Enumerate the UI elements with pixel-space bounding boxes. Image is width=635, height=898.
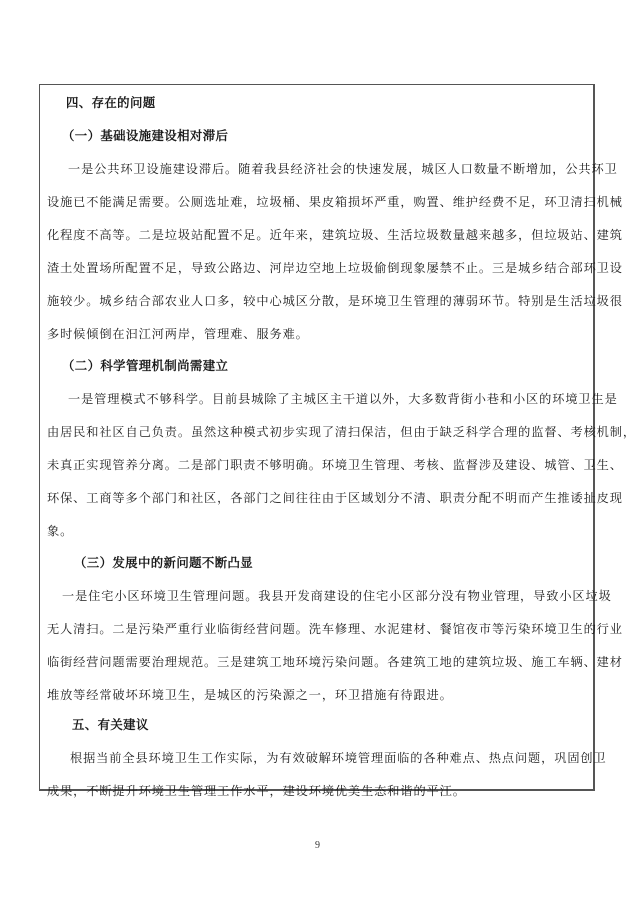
paragraph-line: 环保、工商等多个部门和社区，各部门之间往往由于区域划分不清、职责分配不明而产生推… xyxy=(47,490,623,506)
document-frame: 四、存在的问题 （一）基础设施建设相对滞后 一是公共环卫设施建设滞后。随着我县经… xyxy=(39,84,595,791)
paragraph-line: 设施已不能满足需要。公厕选址难，垃圾桶、果皮箱损坏严重，购置、维护经费不足，环卫… xyxy=(47,194,623,210)
paragraph-line: 施较少。城乡结合部农业人口多，较中心城区分散，是环境卫生管理的薄弱环节。特别是生… xyxy=(47,293,623,309)
section-heading-problems: 四、存在的问题 xyxy=(66,95,156,111)
paragraph-line: 一是管理模式不够科学。目前县城除了主城区主干道以外，大多数背街小巷和小区的环境卫… xyxy=(68,391,618,407)
paragraph-line: 一是住宅小区环境卫生管理问题。我县开发商建设的住宅小区部分没有物业管理，导致小区… xyxy=(62,588,612,604)
section-heading-suggestions: 五、有关建议 xyxy=(72,717,149,733)
paragraph-line: 化程度不高等。二是垃圾站配置不足。近年来，建筑垃圾、生活垃圾数量越来越多，但垃圾… xyxy=(47,227,623,243)
subsection-heading-management: （二）科学管理机制尚需建立 xyxy=(62,358,228,374)
paragraph-line: 一是公共环卫设施建设滞后。随着我县经济社会的快速发展，城区人口数量不断增加，公共… xyxy=(68,161,618,177)
paragraph-line: 渣土处置场所配置不足，导致公路边、河岸边空地上垃圾偷倒现象屡禁不止。三是城乡结合… xyxy=(47,260,623,276)
paragraph-line: 根据当前全县环境卫生工作实际，为有效破解环境管理面临的各种难点、热点问题，巩固创… xyxy=(70,750,607,766)
paragraph-line: 由居民和社区自己负责。虽然这种模式初步实现了清扫保洁，但由于缺乏科学合理的监督、… xyxy=(47,424,635,440)
paragraph-line: 多时候倾倒在汩江河两岸，管理难、服务难。 xyxy=(47,326,309,342)
subsection-heading-infrastructure: （一）基础设施建设相对滞后 xyxy=(62,128,228,144)
subsection-heading-new-problems: （三）发展中的新问题不断凸显 xyxy=(74,555,253,571)
paragraph-line: 成果，不断提升环境卫生管理工作水平，建设环境优美生态和谐的平江。 xyxy=(47,783,466,799)
paragraph-line: 未真正实现管养分离。二是部门职责不够明确。环境卫生管理、考核、监督涉及建设、城管… xyxy=(47,457,623,473)
paragraph-line: 象。 xyxy=(47,523,73,539)
page-number: 9 xyxy=(0,840,635,851)
paragraph-line: 无人清扫。二是污染严重行业临街经营问题。洗车修理、水泥建材、餐馆夜市等污染环境卫… xyxy=(47,621,623,637)
paragraph-line: 临街经营问题需要治理规范。三是建筑工地环境污染问题。各建筑工地的建筑垃圾、施工车… xyxy=(47,654,623,670)
paragraph-line: 堆放等经常破坏环境卫生，是城区的污染源之一，环卫措施有待跟进。 xyxy=(47,687,453,703)
